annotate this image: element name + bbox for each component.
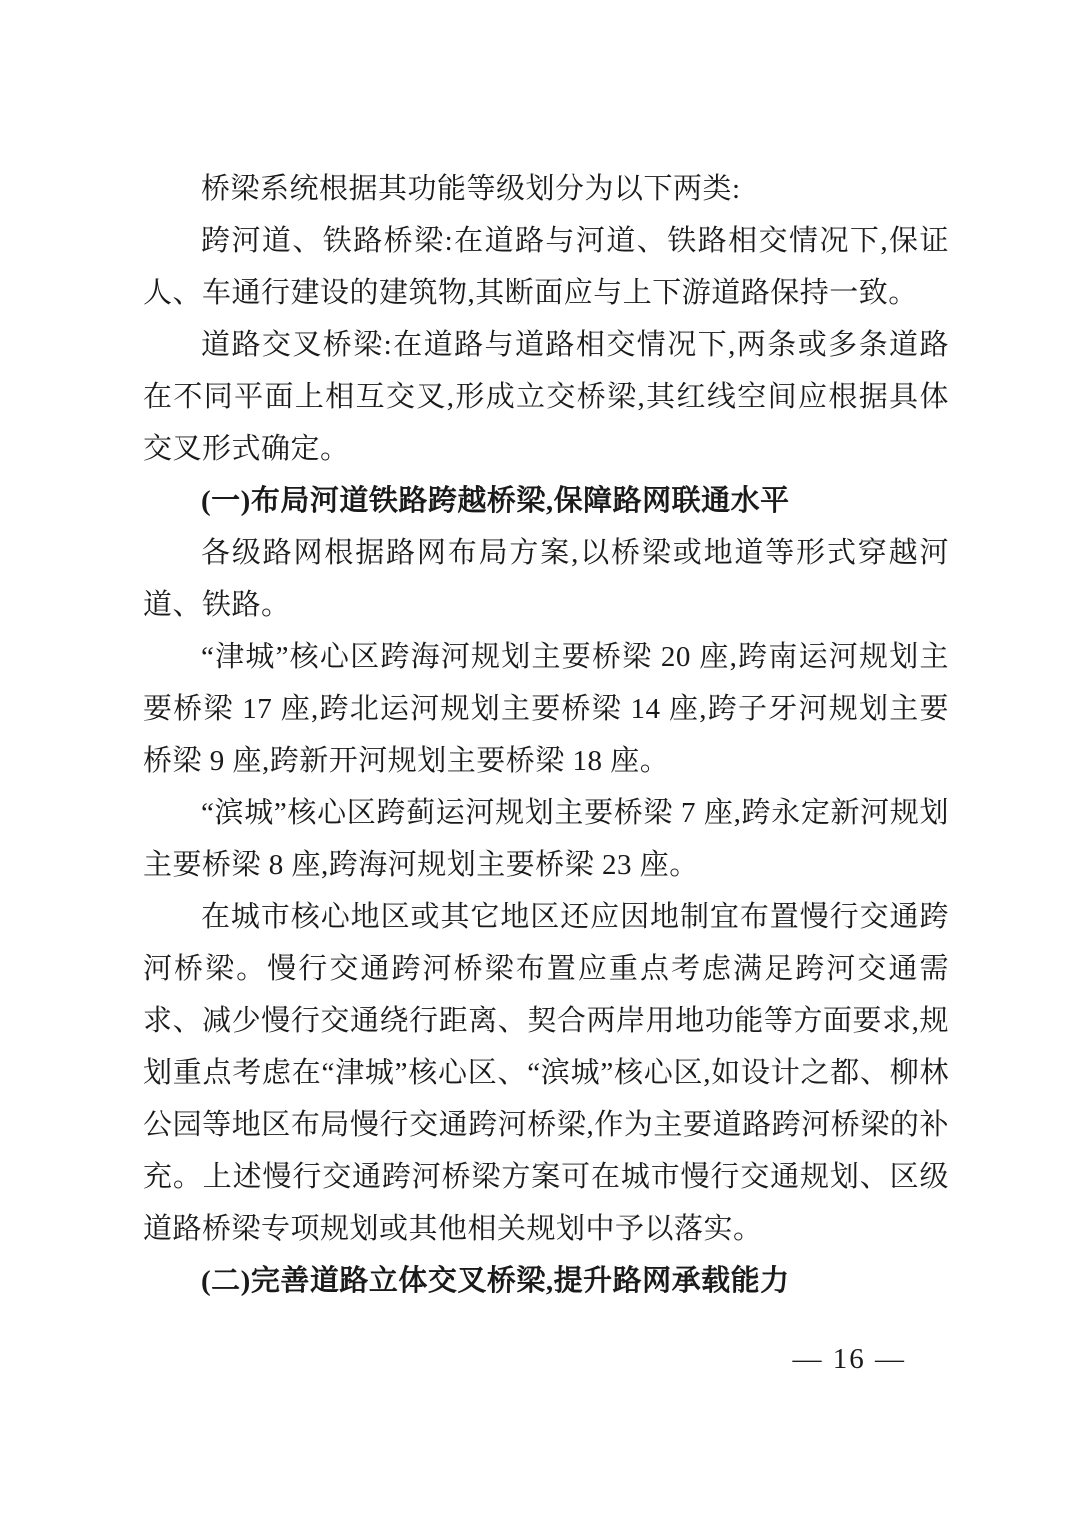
paragraph: 道路交叉桥梁:在道路与道路相交情况下,两条或多条道路在不同平面上相互交叉,形成立… <box>143 319 949 475</box>
section-heading: (一)布局河道铁路跨越桥梁,保障路网联通水平 <box>143 475 949 527</box>
paragraph: “滨城”核心区跨蓟运河规划主要桥梁 7 座,跨永定新河规划主要桥梁 8 座,跨海… <box>143 787 949 891</box>
paragraph: 桥梁系统根据其功能等级划分为以下两类: <box>143 163 949 215</box>
document-page: 桥梁系统根据其功能等级划分为以下两类: 跨河道、铁路桥梁:在道路与河道、铁路相交… <box>0 0 1074 1520</box>
section-heading: (二)完善道路立体交叉桥梁,提升路网承载能力 <box>143 1255 949 1307</box>
paragraph: “津城”核心区跨海河规划主要桥梁 20 座,跨南运河规划主要桥梁 17 座,跨北… <box>143 631 949 787</box>
page-number: — 16 — <box>793 1342 907 1376</box>
text-block: 桥梁系统根据其功能等级划分为以下两类: 跨河道、铁路桥梁:在道路与河道、铁路相交… <box>143 163 949 1307</box>
paragraph: 在城市核心地区或其它地区还应因地制宜布置慢行交通跨河桥梁。慢行交通跨河桥梁布置应… <box>143 891 949 1255</box>
paragraph: 跨河道、铁路桥梁:在道路与河道、铁路相交情况下,保证人、车通行建设的建筑物,其断… <box>143 215 949 319</box>
paragraph: 各级路网根据路网布局方案,以桥梁或地道等形式穿越河道、铁路。 <box>143 527 949 631</box>
